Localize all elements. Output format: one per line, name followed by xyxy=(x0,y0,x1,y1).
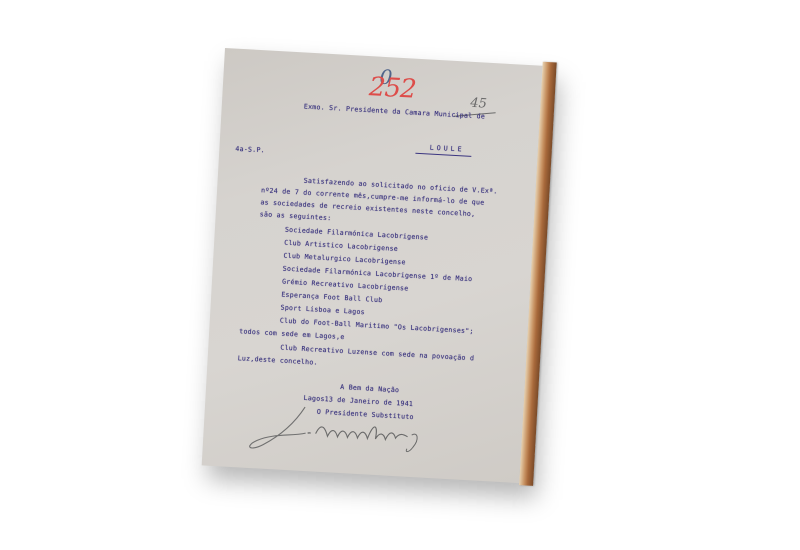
society-item: Esperança Foot Ball Club xyxy=(281,291,383,305)
red-archive-number: 252 xyxy=(368,72,416,105)
after-list-line: todos com sede em Lagos,e xyxy=(239,327,345,341)
document-photo: 0 252 45 Exmo. Sr. Presidente da Camara … xyxy=(202,48,555,484)
addressee-line: Exmo. Sr. Presidente da Camara Municipal… xyxy=(304,102,486,120)
extra-society-cont: Luz,deste concelho. xyxy=(237,354,318,366)
pencil-page-number: 45 xyxy=(470,96,487,112)
society-item: Club Metalurgico Lacobrigense xyxy=(283,252,406,267)
body-line-4: são as seguintes: xyxy=(260,210,332,222)
closing-salutation: A Bem da Nação xyxy=(340,383,399,394)
society-item: Sport Lisboa e Lagos xyxy=(280,304,365,317)
signature-scrawl xyxy=(242,400,445,471)
photo-stage: 0 252 45 Exmo. Sr. Presidente da Camara … xyxy=(0,0,800,550)
society-item: Club Artistico Lacobrigense xyxy=(284,239,398,253)
addressee-city: LOULE xyxy=(430,144,465,154)
society-item: Grémio Recreativo Lacobrigense xyxy=(282,278,409,293)
letter-page: 0 252 45 Exmo. Sr. Presidente da Camara … xyxy=(202,48,543,483)
reference-code: 4a-S.P. xyxy=(235,145,265,155)
